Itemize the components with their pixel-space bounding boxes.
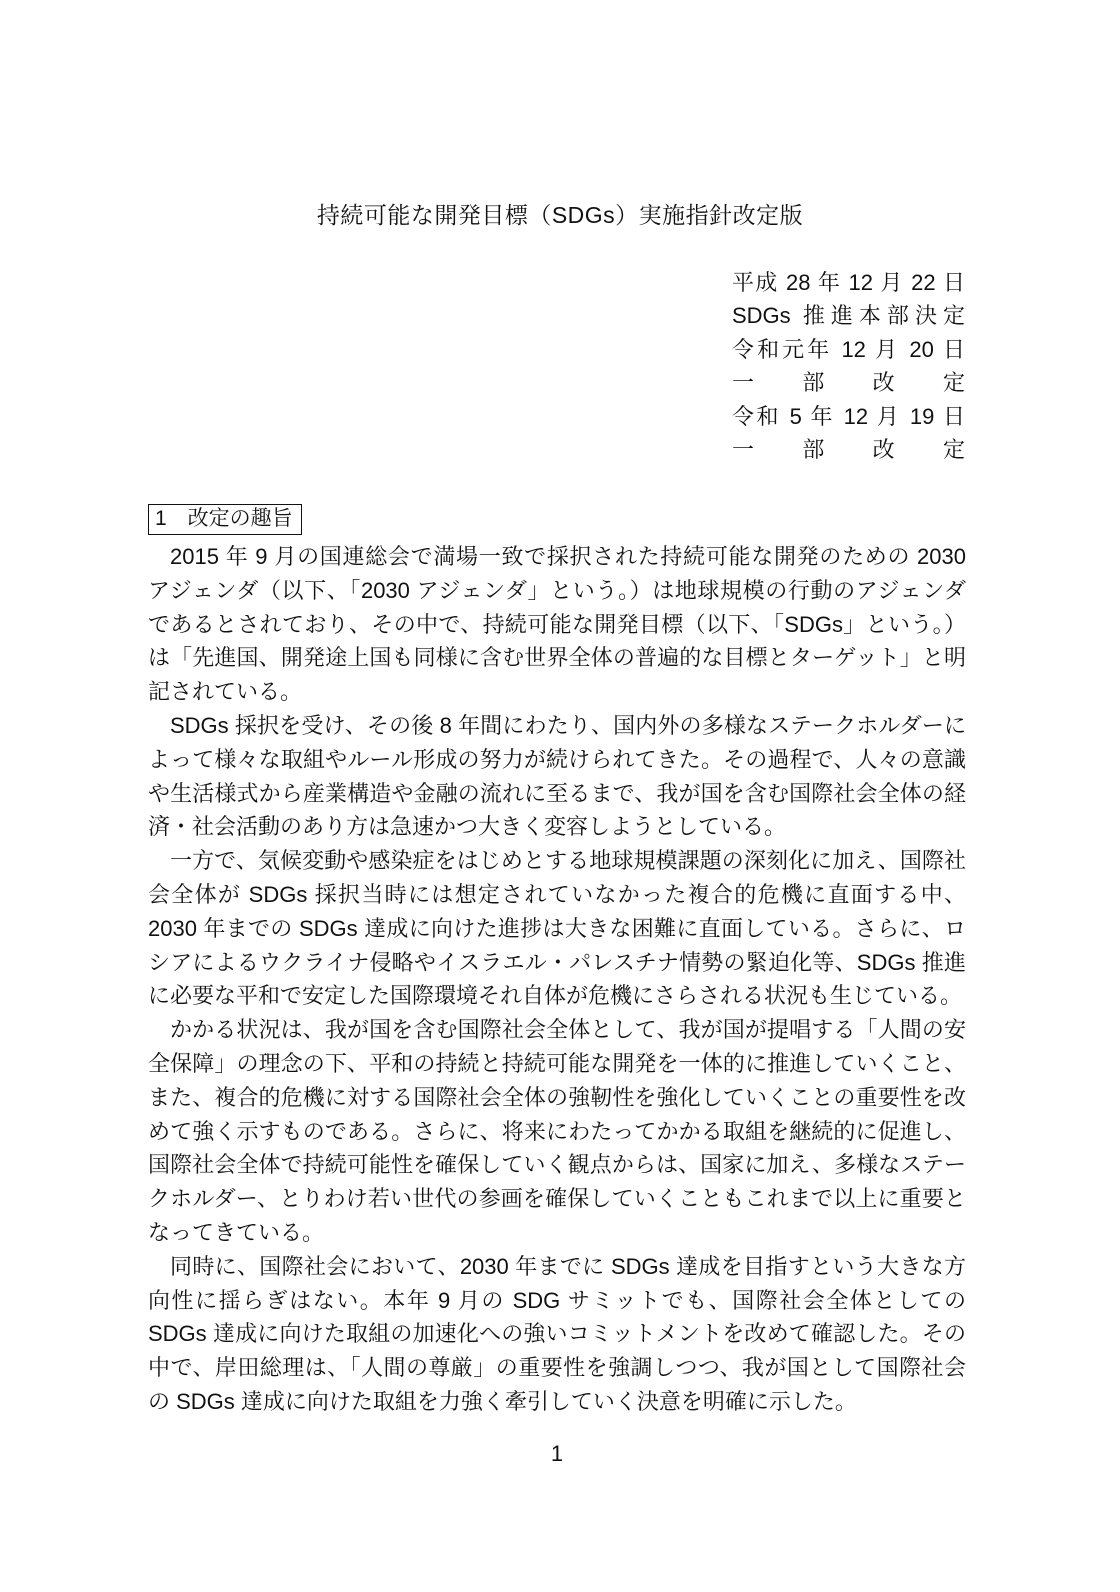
- revision-line-amendment-1: 一部改定: [732, 366, 965, 399]
- revision-line-date-3: 令和 5 年 12 月 19 日: [732, 400, 965, 433]
- paragraph-4: かかる状況は、我が国を含む国際社会全体として、我が国が提唱する「人間の安全保障」…: [148, 1013, 966, 1250]
- section-heading: 1 改定の趣旨: [148, 504, 302, 535]
- paragraph-2: SDGs 採択を受け、その後 8 年間にわたり、国内外の多様なステークホルダーに…: [148, 709, 966, 844]
- revision-history: 平成 28 年 12 月 22 日 SDGs 推進本部決定 令和元年 12 月 …: [732, 266, 965, 466]
- document-body: 2015 年 9 月の国連総会で満場一致で採択された持続可能な開発のための 20…: [148, 540, 966, 1419]
- revision-line-date-1: 平成 28 年 12 月 22 日: [732, 266, 965, 299]
- document-title: 持続可能な開発目標（SDGs）実施指針改定版: [0, 197, 1120, 230]
- revision-line-date-2: 令和元年 12 月 20 日: [732, 333, 965, 366]
- page-number: 1: [148, 1441, 966, 1467]
- revision-line-amendment-2: 一部改定: [732, 433, 965, 466]
- paragraph-5: 同時に、国際社会において、2030 年までに SDGs 達成を目指すという大きな…: [148, 1250, 966, 1419]
- revision-line-authority: SDGs 推進本部決定: [732, 299, 965, 332]
- document-page: 持続可能な開発目標（SDGs）実施指針改定版 平成 28 年 12 月 22 日…: [0, 0, 1120, 1592]
- paragraph-1: 2015 年 9 月の国連総会で満場一致で採択された持続可能な開発のための 20…: [148, 540, 966, 709]
- paragraph-3: 一方で、気候変動や感染症をはじめとする地球規模課題の深刻化に加え、国際社会全体が…: [148, 844, 966, 1013]
